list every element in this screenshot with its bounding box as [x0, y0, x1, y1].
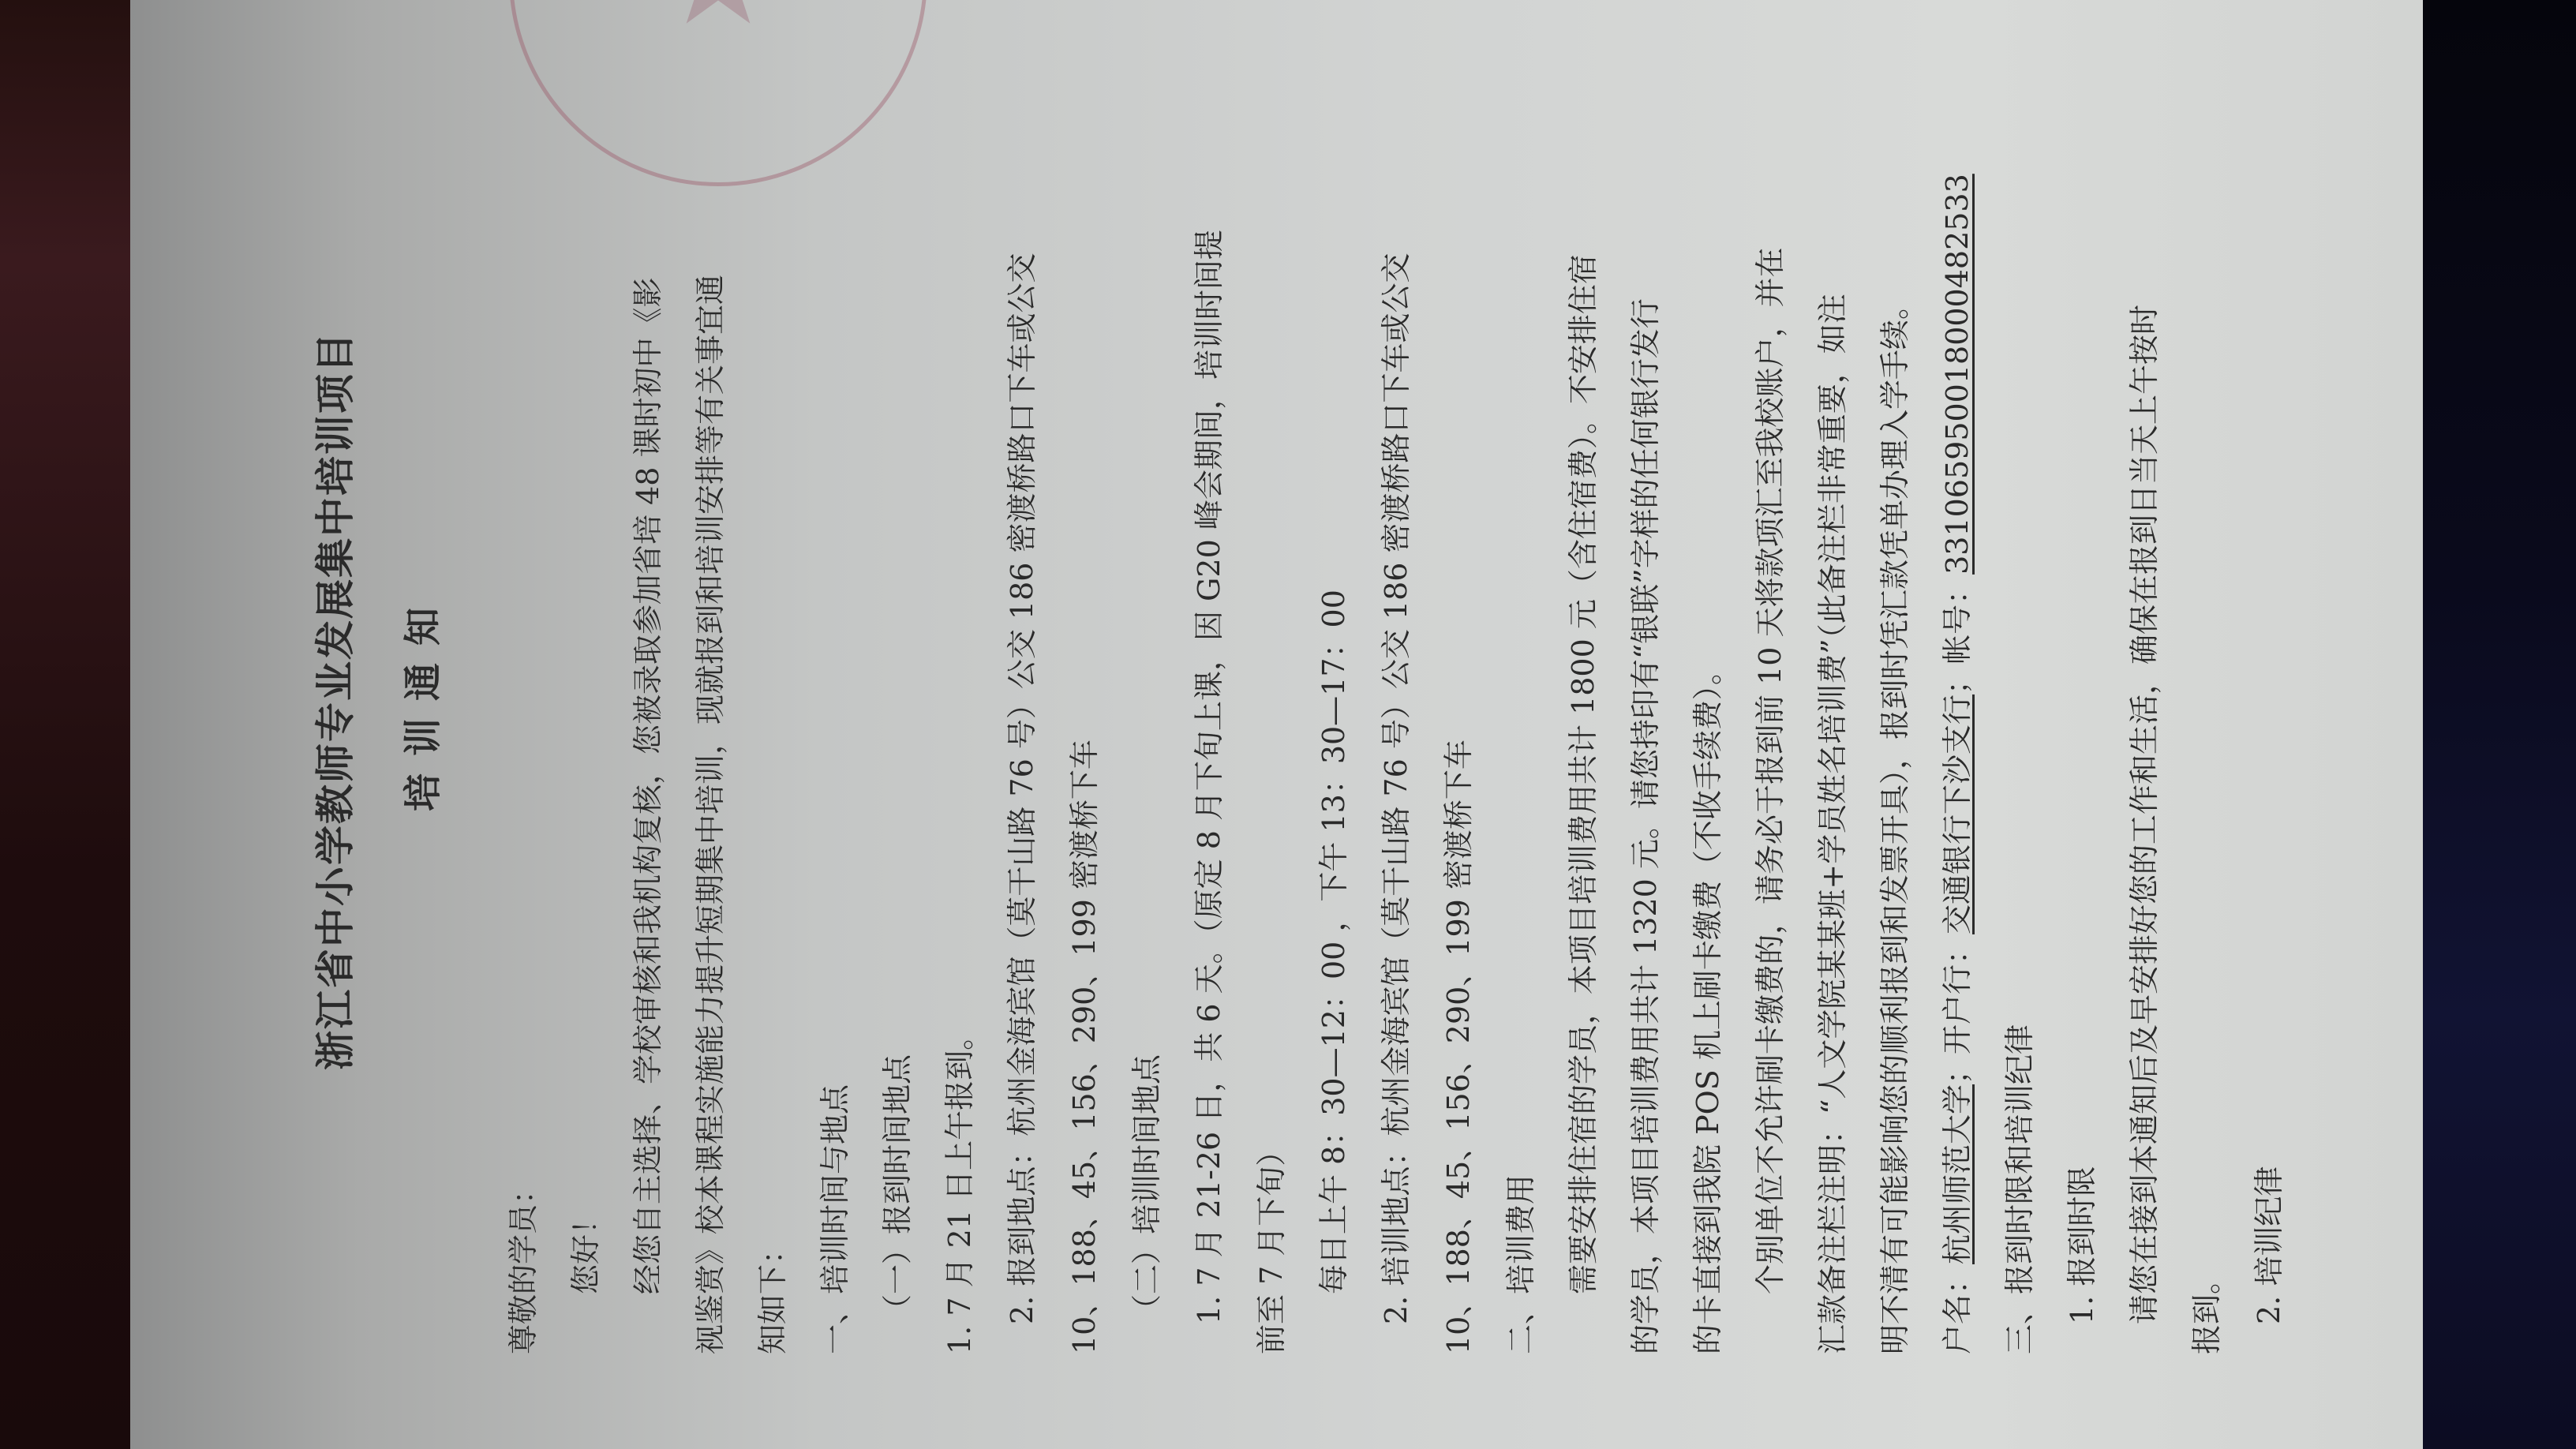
document-subtitle: 培训通知 [392, 47, 447, 1354]
section-1-sub-2-heading: （二）培训时间地点 [1125, 47, 1169, 1354]
section-2-p1-line-3: 的卡直接到我院 POS 机上刷卡缴费（不收手续费）。 [1687, 47, 1730, 1354]
account-number: 331065950018000482533 [1940, 174, 1975, 575]
section-1-sub-1-item-2-line-1: 2. 报到地点：杭州金海宾馆（莫干山路 76 号）公交 186 密渡桥路口下车或… [1001, 47, 1044, 1354]
account-name-label: 户名： [1940, 1264, 1975, 1354]
section-1-sub-2-item-1-line-2: 前至 7 月下旬） [1250, 47, 1294, 1354]
section-1-sub-2-item-2-line-2: 10、188、45、156、290、199 密渡桥下车 [1437, 47, 1481, 1354]
background-left-fabric [0, 0, 138, 1449]
section-1-sub-2-item-2-line-1: 2. 培训地点：杭州金海宾馆（莫干山路 76 号）公交 186 密渡桥路口下车或… [1375, 47, 1418, 1354]
account-number-label: ；帐号： [1940, 575, 1975, 695]
section-2-p2-line-3: 明不清有可能影响您的顺利报到和发票开具），报到时凭汇款凭单办理入学手续。 [1874, 47, 1917, 1354]
section-1-sub-1-item-2-line-2: 10、188、45、156、290、199 密渡桥下车 [1063, 47, 1106, 1354]
section-2-p2-line-1: 个别单位不允许刷卡缴费的，请务必于报到前 10 天将款项汇至我校账户，并在 [1749, 47, 1792, 1354]
section-1-sub-1-item-1: 1. 7 月 21 日上午报到。 [938, 47, 982, 1354]
section-2-p2-line-2: 汇款备注栏注明：“人文学院某某班+学员姓名培训费”（此备注栏非常重要，如注 [1811, 47, 1855, 1354]
section-1-schedule: 每日上午 8：30—12：00 ，下午 13：30—17：00 [1312, 47, 1356, 1354]
document-page: 浙江省中小学教师专业发展集中培训项目 培训通知 尊敬的学员： 您好！ 经您自主选… [130, 0, 2423, 1449]
section-3-item-1-line-1: 请您在接到本通知后及早安排好您的工作和生活，确保在报到日当天上午按时 [2123, 47, 2166, 1354]
section-1-sub-1-heading: （一）报到时间地点 [876, 47, 919, 1354]
document-paper: 浙江省中小学教师专业发展集中培训项目 培训通知 尊敬的学员： 您好！ 经您自主选… [130, 0, 2423, 1449]
background-right-fabric [2410, 0, 2576, 1449]
section-3-item-2-heading: 2. 培训纪律 [2248, 47, 2291, 1354]
section-1-heading: 一、培训时间与地点 [814, 47, 857, 1354]
account-bank: 交通银行下沙支行 [1940, 695, 1975, 934]
account-bank-label: ；开户行： [1940, 934, 1975, 1084]
intro-line-2: 视鉴赏》校本课程实施能力提升短期集中培训，现就报到和培训安排等有关事宜通 [689, 47, 732, 1354]
salutation: 您好！ [564, 47, 608, 1354]
section-1-sub-2-item-1-line-1: 1. 7 月 21-26 日，共 6 天。（原定 8 月下旬上课，因 G20 峰… [1188, 47, 1231, 1354]
document-body: 浙江省中小学教师专业发展集中培训项目 培训通知 尊敬的学员： 您好！ 经您自主选… [304, 47, 2310, 1354]
section-3-heading: 三、报到时限和培训纪律 [1998, 47, 2042, 1354]
intro-line-3: 知如下： [751, 47, 795, 1354]
section-3-item-1-heading: 1. 报到时限 [2061, 47, 2104, 1354]
intro-line-1: 经您自主选择、学校审核和我机构复核，您被录取参加省培 48 课时初中《影 [627, 47, 670, 1354]
section-2-p1-line-2: 的学员，本项目培训费用共计 1320 元。请您持印有“银联”字样的任何银行发行 [1624, 47, 1668, 1354]
account-name: 杭州师范大学 [1940, 1084, 1975, 1264]
section-2-p1-line-1: 需要安排住宿的学员，本项目培训费用共计 1800 元（含住宿费）。不安排住宿 [1562, 47, 1605, 1354]
document-title: 浙江省中小学教师专业发展集中培训项目 [304, 47, 361, 1354]
greeting: 尊敬的学员： [502, 47, 545, 1354]
bank-account-line: 户名：杭州师范大学；开户行：交通银行下沙支行；帐号：33106595001800… [1936, 47, 1979, 1354]
section-3-item-1-line-2: 报到。 [2185, 47, 2229, 1354]
section-2-heading: 二、培训费用 [1500, 47, 1543, 1354]
